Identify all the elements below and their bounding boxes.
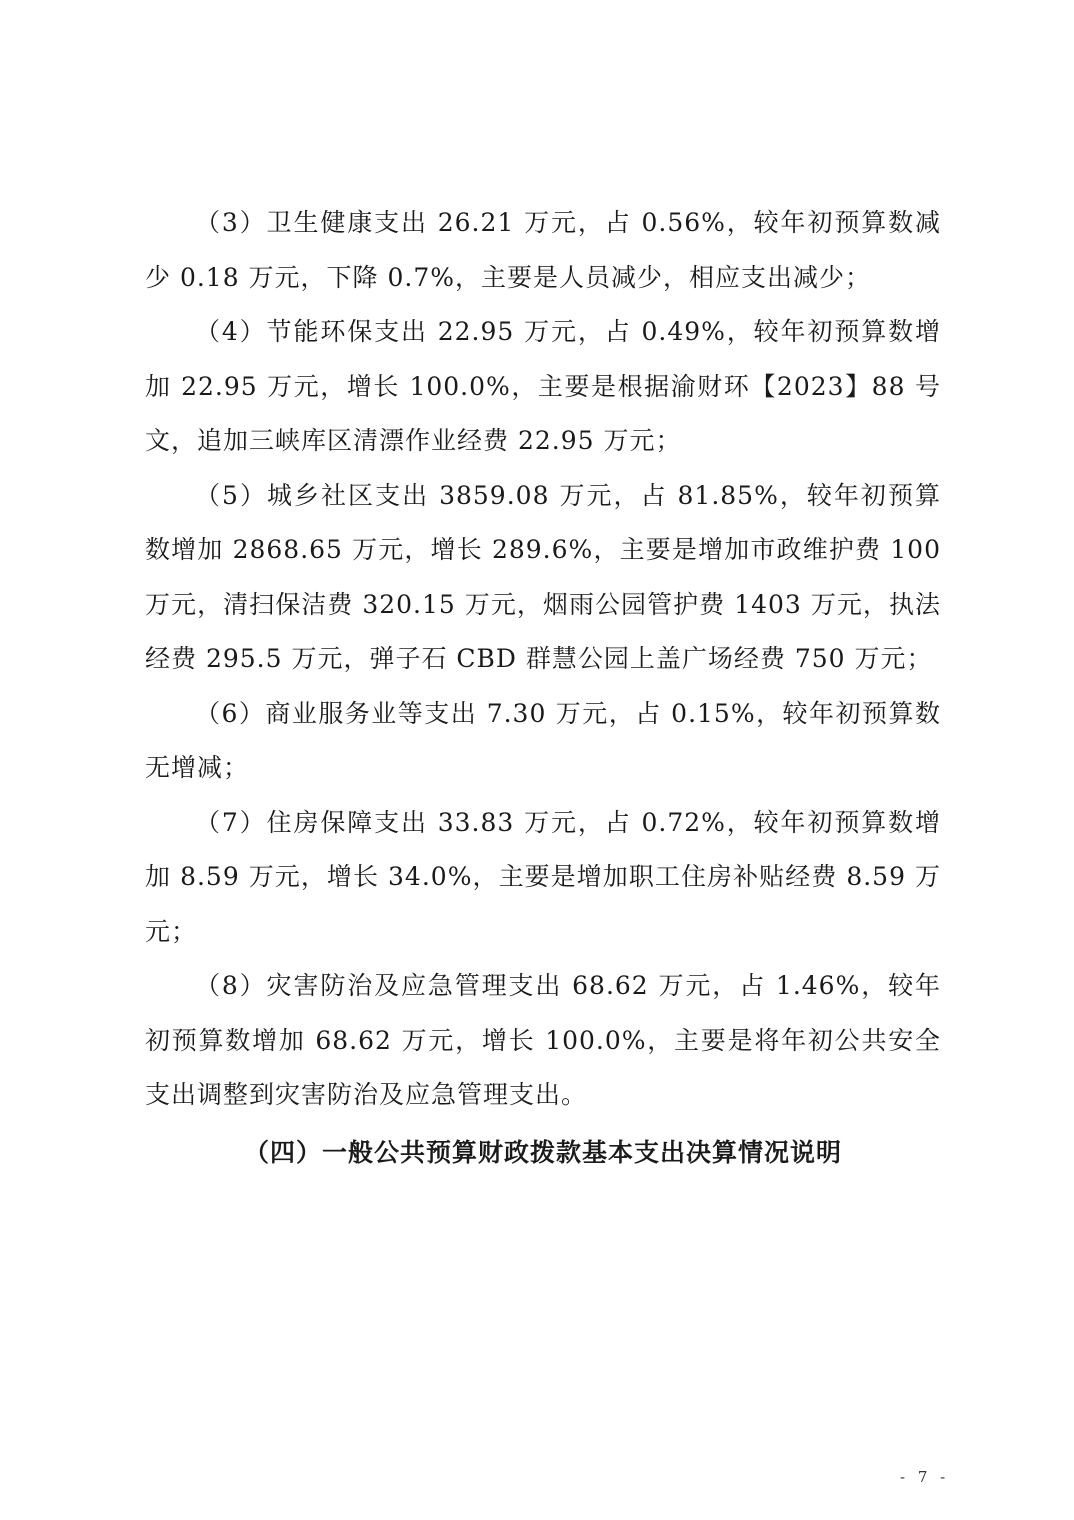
section-heading: （四）一般公共预算财政拨款基本支出决算情况说明: [145, 1123, 941, 1183]
document-body: （3）卫生健康支出 26.21 万元，占 0.56%，较年初预算数减少 0.18…: [145, 196, 941, 1183]
paragraph-housing-expenditure: （7）住房保障支出 33.83 万元，占 0.72%，较年初预算数增加 8.59…: [145, 796, 941, 960]
paragraph-urban-community-expenditure: （5）城乡社区支出 3859.08 万元，占 81.85%，较年初预算数增加 2…: [145, 469, 941, 687]
paragraph-health-expenditure: （3）卫生健康支出 26.21 万元，占 0.56%，较年初预算数减少 0.18…: [145, 196, 941, 305]
page-number: - 7 -: [900, 1468, 949, 1486]
paragraph-environment-expenditure: （4）节能环保支出 22.95 万元，占 0.49%，较年初预算数增加 22.9…: [145, 305, 941, 469]
paragraph-disaster-expenditure: （8）灾害防治及应急管理支出 68.62 万元，占 1.46%，较年初预算数增加…: [145, 959, 941, 1123]
paragraph-commerce-expenditure: （6）商业服务业等支出 7.30 万元，占 0.15%，较年初预算数无增减；: [145, 687, 941, 796]
document-page: （3）卫生健康支出 26.21 万元，占 0.56%，较年初预算数减少 0.18…: [0, 0, 1074, 1520]
